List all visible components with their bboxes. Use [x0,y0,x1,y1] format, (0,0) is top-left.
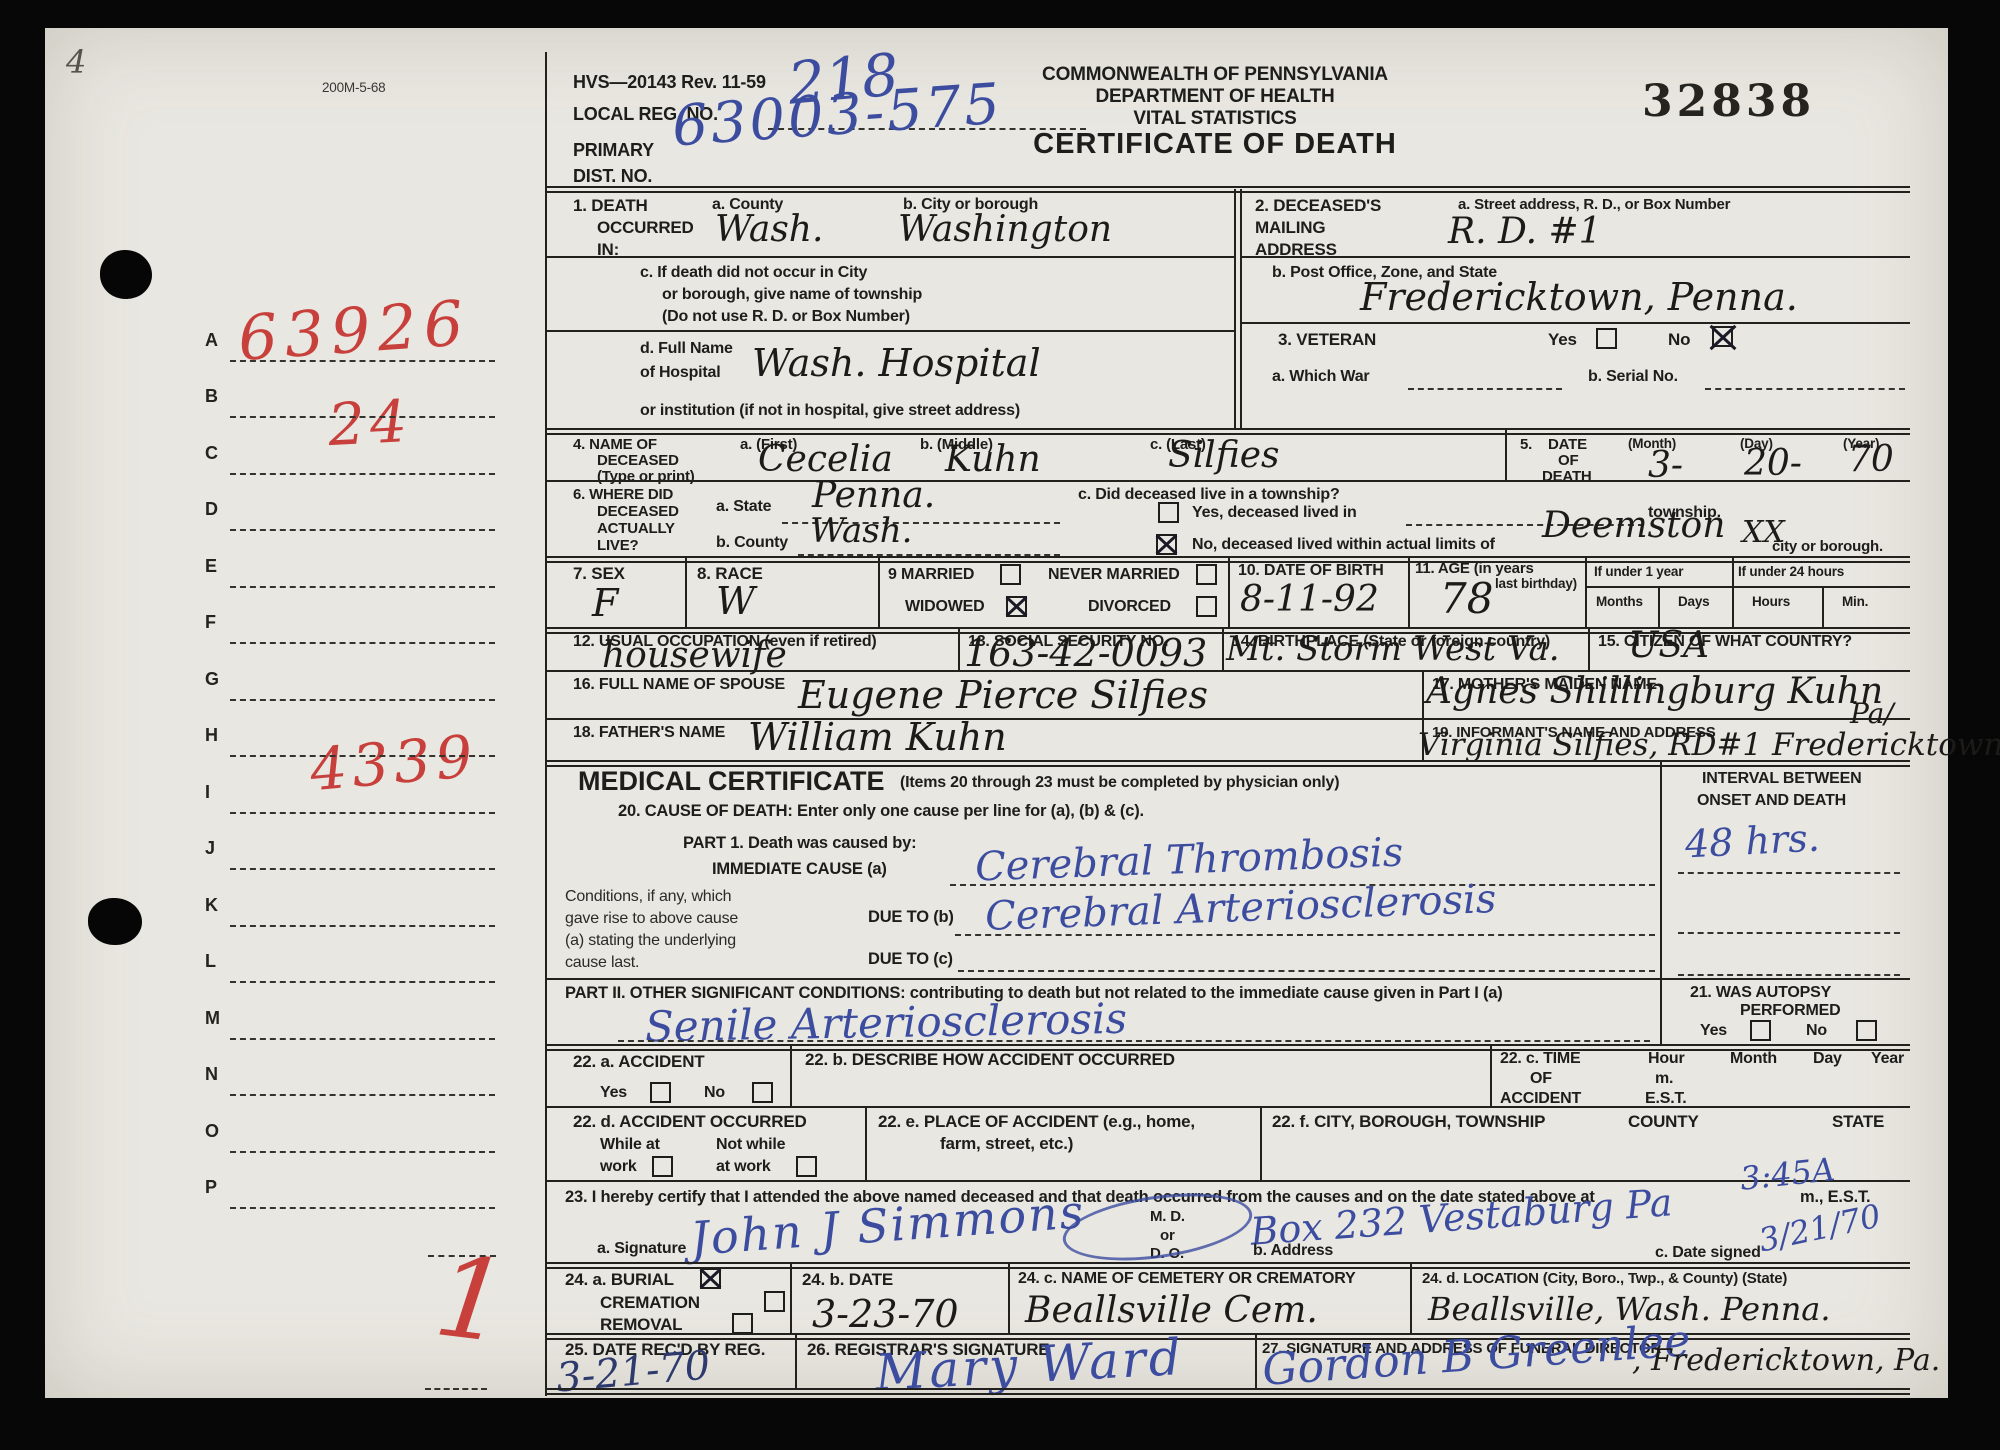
divider [1658,586,1660,627]
s2-label: MAILING [1255,218,1325,238]
s3-no-label: No [1668,330,1690,350]
divider [545,1333,1910,1340]
divider [1505,430,1507,480]
s2-label: 2. DECEASED'S [1255,196,1381,216]
interval-line [1678,870,1900,874]
s5-num: 5. [1520,436,1532,453]
index-rule [230,1205,495,1209]
index-letter: P [205,1177,217,1198]
s5-year-value: 70 [1848,442,1894,478]
divider [795,1335,797,1390]
index-letter: K [205,895,218,916]
s6-no-text: No, deceased lived within actual limits … [1192,536,1495,554]
index-letter: A [205,330,218,351]
certificate-title: CERTIFICATE OF DEATH [905,128,1525,161]
medical-certificate-subtitle: (Items 20 through 23 must be completed b… [900,774,1339,792]
divider [545,330,1234,332]
s11-days-label: Days [1678,594,1709,609]
s24-cremation-label: CREMATION [600,1293,700,1313]
s22d-notwhile-label: at work [716,1158,771,1176]
s1-city-value: Washington [898,212,1112,248]
index-rule [230,1036,495,1040]
s10-dob-value: 8-11-92 [1240,582,1379,618]
s4-last-value: Silfies [1168,438,1279,474]
interval-label: INTERVAL BETWEEN [1702,770,1861,788]
s22a-yes-label: Yes [600,1084,627,1102]
divider [790,1046,792,1106]
s22a-no-checkbox [752,1082,773,1103]
s6-label: ACTUALLY [597,520,675,537]
death-certificate-scan: 4 200M-5-68 63926 24 4339 1 A B C D E F … [0,0,2000,1450]
index-rule [230,923,495,927]
vital-line: VITAL STATISTICS [905,108,1525,130]
divider [1408,558,1410,627]
s24-removal-checkbox [732,1313,753,1334]
margin-red-number-bottom: 1 [429,1240,513,1360]
index-letter: E [205,556,217,577]
divider [545,186,1910,193]
s4-label: DECEASED [597,452,679,469]
s22e-place-label: farm, street, etc.) [940,1134,1073,1154]
index-rule [230,697,495,701]
medical-certificate-title: MEDICAL CERTIFICATE [578,766,885,797]
divider [685,558,687,627]
index-rule [428,1253,496,1257]
index-letter: O [205,1121,219,1142]
index-rule [230,527,495,531]
s24-burial-checkbox [700,1268,721,1289]
s24-cremation-checkbox [764,1291,785,1312]
s12-occupation-value: housewife [602,638,787,674]
s9-never-married-checkbox [1196,564,1217,585]
s5-label: OF [1558,452,1578,469]
hole-punch-top [100,250,152,299]
s24-date-label: 24. b. DATE [802,1270,893,1290]
divider [545,256,1234,258]
s6-yes-checkbox [1158,502,1179,523]
s27-funeral-director-address: , Fredericktown, Pa. [1632,1346,1940,1376]
divider [1242,256,1910,258]
index-rule [230,584,495,588]
interval-line [1678,972,1900,976]
s22c-day-label: Day [1813,1050,1842,1068]
s2-postoffice-value: Fredericktown, Penna. [1360,278,1798,316]
s6-county-label: b. County [716,534,788,552]
s20-cause-label: 20. CAUSE OF DEATH: Enter only one cause… [618,802,1144,821]
s5-day-value: 20- [1744,446,1802,482]
index-letter: D [205,499,218,520]
s4-middle-value: Kuhn [945,442,1041,478]
s6-township-question: c. Did deceased live in a township? [1078,486,1340,504]
margin-red-number-2: 24 [327,392,414,454]
s4-label: 4. NAME OF [573,436,657,453]
index-letter: G [205,669,219,690]
s18-father-label: 18. FATHER'S NAME [573,724,725,742]
s20-conditions-note: (a) stating the underlying [565,932,736,950]
s14-birthplace-value: Mt. Storm West Va. [1226,632,1560,666]
divider [1222,629,1224,670]
s1-county-value: Wash. [715,212,823,248]
s22a-no-label: No [704,1084,725,1102]
s6-yes-text: Yes, deceased lived in [1192,504,1357,522]
s11-age-value: 78 [1440,578,1493,620]
s3-serial-label: b. Serial No. [1588,368,1678,386]
divider [545,480,1910,482]
index-rule [230,979,495,983]
s20-due-c-label: DUE TO (c) [868,950,953,969]
s20-immediate-label: IMMEDIATE CAUSE (a) [712,860,887,879]
s16-spouse-value: Eugene Pierce Silfies [798,676,1208,714]
interval-a-value: 48 hrs. [1684,819,1820,864]
s4-first-value: Cecelia [758,442,893,478]
divider [1732,558,1734,627]
s8-race-value: W [716,582,755,620]
s20-conditions-note: Conditions, if any, which [565,888,731,906]
divider [545,1180,1910,1182]
s6-borough-suffix: city or borough. [1772,538,1883,555]
index-letter: J [205,838,215,859]
s24-removal-label: REMOVAL [600,1315,682,1335]
s6-state-label: a. State [716,498,771,516]
s5-label: DATE [1548,436,1587,453]
s23-address-label: b. Address [1253,1242,1333,1260]
s6-no-checkbox [1156,534,1177,555]
form-left-rule [545,52,547,1396]
s5-label: DEATH [1542,468,1592,485]
s17-mother-value: Agnes Shillingburg Kuhn [1426,674,1883,710]
s22e-place-label: 22. e. PLACE OF ACCIDENT (e.g., home, [878,1112,1195,1132]
index-letter: H [205,725,218,746]
index-letter: F [205,612,216,633]
divider [1228,558,1230,627]
s21-no-checkbox [1856,1020,1877,1041]
s6-no-value: Deemston [1542,508,1725,544]
index-rule [230,640,495,644]
index-letter: N [205,1064,218,1085]
s22d-notwhile-checkbox [796,1156,817,1177]
index-rule [230,414,495,418]
s22c-month-label: Month [1730,1050,1777,1068]
s21-autopsy-label: 21. WAS AUTOPSY [1690,984,1831,1002]
interval-label: ONSET AND DEATH [1697,792,1846,810]
dist-no-label: DIST. NO. [573,166,652,187]
s1-hospital-label: d. Full Name [640,340,733,358]
s1-hospital-label: or institution (if not in hospital, give… [640,402,1020,420]
s9-married-checkbox [1000,564,1021,585]
s23-signature-label: a. Signature [597,1240,686,1258]
margin-red-number-mid: 4339 [308,727,480,799]
s7-sex-value: F [592,584,618,622]
s1-label: OCCURRED [597,218,694,238]
s22f-county-label: COUNTY [1628,1112,1699,1132]
divider [545,1106,1910,1108]
divider [545,978,1910,980]
divider [1585,586,1910,588]
s6-county-value: Wash. [810,514,912,548]
index-rule [230,866,495,870]
s22a-accident-label: 22. a. ACCIDENT [573,1052,704,1072]
index-rule [230,1092,495,1096]
index-letter: M [205,1008,220,1029]
divider [1242,322,1910,324]
s1-hospital-label: of Hospital [640,364,720,382]
s9-never-married-label: NEVER MARRIED [1048,566,1180,584]
s24-cemetery-label: 24. c. NAME OF CEMETERY OR CREMATORY [1018,1270,1355,1288]
s11-age-label: last birthday) [1495,576,1577,591]
s22b-describe-label: 22. b. DESCRIBE HOW ACCIDENT OCCURRED [805,1050,1175,1070]
hole-punch-bottom [88,898,142,945]
divider [1660,762,1662,1044]
s18-father-value: William Kuhn [748,718,1007,756]
s24-date-value: 3-23-70 [812,1295,959,1333]
index-letter: C [205,443,218,464]
s20-part2-line [618,1038,1650,1042]
s24-location-label: 24. d. LOCATION (City, Boro., Twp., & Co… [1422,1270,1787,1287]
s1-township-note: c. If death did not occur in City [640,264,867,282]
divider [878,558,880,627]
divider [958,629,960,670]
s20-due-b-label: DUE TO (b) [868,908,954,927]
index-rule [425,1386,487,1390]
s22c-year-label: Year [1871,1050,1904,1068]
s11-under24-label: If under 24 hours [1738,564,1844,579]
s22d-notwhile-label: Not while [716,1136,785,1154]
divider [1234,189,1242,430]
divider [1008,1264,1010,1335]
s22f-city-label: 22. f. CITY, BOROUGH, TOWNSHIP [1272,1112,1545,1132]
print-code: 200M-5-68 [322,80,386,95]
divider [545,1388,1910,1395]
s9-divorced-checkbox [1196,596,1217,617]
s1-label: 1. DEATH [573,196,648,216]
s19-informant-value: Virginia Silfies, RD#1 Fredericktown [1418,730,2000,761]
s22d-while-label: While at [600,1136,660,1154]
divider [1410,1264,1412,1335]
s6-label: DECEASED [597,503,679,520]
index-rule [230,1149,495,1153]
index-letter: L [205,951,216,972]
s11-min-label: Min. [1842,594,1868,609]
s6-label: LIVE? [597,537,639,554]
divider [1588,629,1590,670]
s4-label: (Type or print) [597,468,695,485]
primary-label: PRIMARY [573,140,654,161]
s20-conditions-note: gave rise to above cause [565,910,738,928]
s3-serial-line [1705,386,1905,390]
s6-state-value: Penna. [812,478,935,514]
s3-which-war-label: a. Which War [1272,368,1369,386]
divider [1422,670,1424,718]
divider [1822,586,1824,627]
s22d-while-label: work [600,1158,637,1176]
index-rule [230,753,495,757]
s1-hospital-value: Wash. Hospital [752,344,1041,382]
divider [1490,1046,1492,1106]
s6-label: 6. WHERE DID [573,486,673,503]
interval-line [1678,930,1900,934]
file-number-stamp: 32838 [1642,76,1815,127]
s22c-hour-label: Hour [1648,1050,1685,1068]
s3-no-checkbox [1712,326,1733,347]
s9-married-label: 9 MARRIED [888,566,974,584]
s23-date-signed-label: c. Date signed [1655,1244,1761,1262]
s9-divorced-label: DIVORCED [1088,598,1171,616]
s9-widowed-checkbox [1006,596,1027,617]
s22c-m-label: m. [1655,1070,1673,1088]
s1-township-note: (Do not use R. D. or Box Number) [662,308,910,326]
s22d-while-checkbox [652,1156,673,1177]
s22d-occurred-label: 22. d. ACCIDENT OCCURRED [573,1112,807,1132]
s24-cemetery-value: Beallsville Cem. [1025,1293,1318,1329]
s20-due-c-line [958,968,1655,972]
margin-corner-number: 4 [66,46,86,78]
s22a-yes-checkbox [650,1082,671,1103]
s1-township-note: or borough, give name of township [662,286,922,304]
index-rule [230,358,495,362]
divider [1255,1335,1257,1390]
s21-no-label: No [1806,1022,1827,1040]
s9-widowed-label: WIDOWED [905,598,984,616]
s21-yes-label: Yes [1700,1022,1727,1040]
s22c-time-label: OF [1530,1070,1552,1088]
index-letter: I [205,782,210,803]
commonwealth-line: COMMONWEALTH OF PENNSYLVANIA [905,64,1525,86]
divider [545,1044,1910,1051]
index-rule [230,471,495,475]
s20-part1-label: PART 1. Death was caused by: [683,834,916,853]
s20-conditions-note: cause last. [565,954,639,972]
s24-burial-label: 24. a. BURIAL [565,1270,674,1290]
s21-yes-checkbox [1750,1020,1771,1041]
s23-time-value: 3:45A [1739,1153,1837,1195]
divider [545,1262,1910,1269]
divider [790,1264,792,1335]
s15-citizen-value: USA [1628,628,1709,664]
s11-under1-label: If under 1 year [1594,564,1683,579]
s2-street-value: R. D. #1 [1448,214,1602,250]
divider [1260,1106,1262,1180]
divider [1585,558,1587,627]
s3-which-war-line [1408,386,1562,390]
s16-spouse-label: 16. FULL NAME OF SPOUSE [573,676,785,694]
divider [865,1106,867,1180]
department-line: DEPARTMENT OF HEALTH [905,86,1525,108]
s22c-time-label: 22. c. TIME [1500,1050,1581,1068]
s21-autopsy-label: PERFORMED [1740,1002,1840,1020]
divider [545,428,1910,435]
s11-months-label: Months [1596,594,1643,609]
s5-month-value: 3- [1648,448,1683,484]
s22f-state-label: STATE [1832,1112,1884,1132]
s11-hours-label: Hours [1752,594,1790,609]
index-letter: B [205,386,218,407]
s3-yes-label: Yes [1548,330,1577,350]
s13-ssn-value: 163-42-0093 [964,634,1207,672]
s3-yes-checkbox [1596,328,1617,349]
s19-state-note: Pa/ [1850,700,1894,728]
index-rule [230,810,495,814]
s10-dob-label: 10. DATE OF BIRTH [1238,562,1384,580]
s3-veteran-label: 3. VETERAN [1278,330,1376,350]
